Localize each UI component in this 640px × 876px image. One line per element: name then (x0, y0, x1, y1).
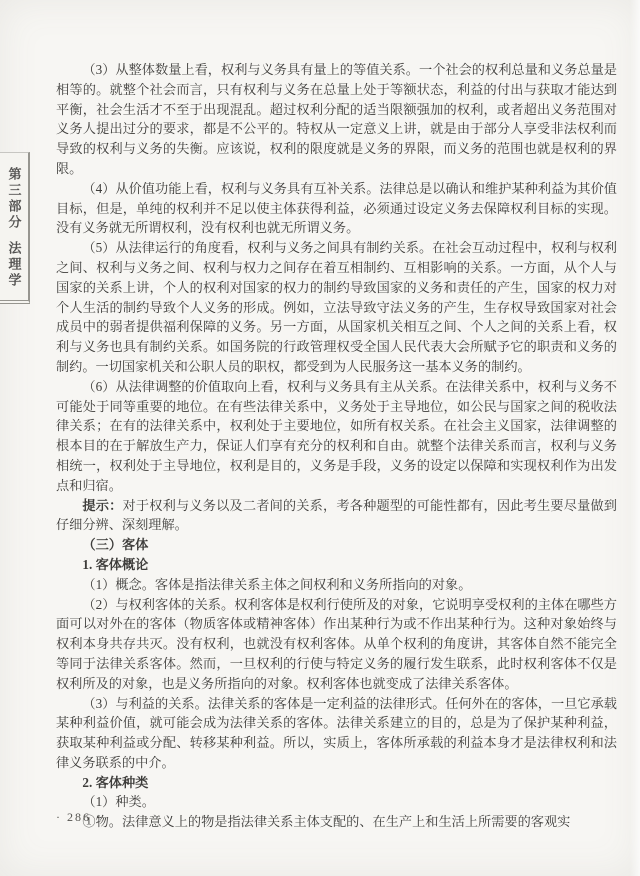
scan-edge-highlight (630, 0, 640, 876)
chapter-subject-label: 法理学 (5, 241, 24, 289)
page-body-text: （3）从整体数量上看，权利与义务具有量上的等值关系。一个社会的权利总量和义务总量… (56, 60, 617, 832)
paragraph-rights-object-relation: （2）与权利客体的关系。权利客体是权利行使所及的对象，它说明享受权利的主体在哪些… (56, 595, 617, 694)
subsection-heading-object-overview: 1. 客体概论 (56, 555, 617, 575)
paragraph-types-label: （1）种类。 (56, 792, 617, 812)
exam-hint: 提示：对于权利与义务以及二者间的关系，考各种题型的可能性都有，因此考生要尽量做到… (56, 496, 617, 536)
paragraph-equivalence-relation: （3）从整体数量上看，权利与义务具有量上的等值关系。一个社会的权利总量和义务总量… (56, 60, 617, 179)
chapter-side-tab: 第三部分 法理学 (0, 152, 30, 304)
book-page: 第三部分 法理学 （3）从整体数量上看，权利与义务具有量上的等值关系。一个社会的… (0, 0, 640, 876)
exam-hint-body: 对于权利与义务以及二者间的关系，考各种题型的可能性都有，因此考生要尽量做到仔细分… (56, 498, 617, 533)
paragraph-interest-relation: （3）与利益的关系。法律关系的客体是一定利益的法律形式。任何外在的客体，一旦它承… (56, 694, 617, 773)
exam-hint-prefix: 提示： (82, 498, 122, 513)
paragraph-restriction-relation: （5）从法律运行的角度看，权利与义务之间具有制约关系。在社会互动过程中，权利与权… (56, 238, 617, 377)
paragraph-complementary-relation: （4）从价值功能上看，权利与义务具有互补关系。法律总是以确认和维护某种利益为其价… (56, 179, 617, 238)
chapter-part-label: 第三部分 (5, 167, 24, 231)
paragraph-primary-secondary-relation: （6）从法律调整的价值取向上看，权利与义务具有主从关系。在法律关系中，权利与义务… (56, 377, 617, 496)
paragraph-object-concept: （1）概念。客体是指法律关系主体之间权利和义务所指向的对象。 (56, 575, 617, 595)
subsection-heading-object-types: 2. 客体种类 (56, 773, 617, 793)
paragraph-thing-definition: ①物。法律意义上的物是指法律关系主体支配的、在生产上和生活上所需要的客观实 (56, 812, 617, 832)
section-heading-object: （三）客体 (56, 535, 617, 555)
page-number: · 286 · (56, 810, 102, 825)
